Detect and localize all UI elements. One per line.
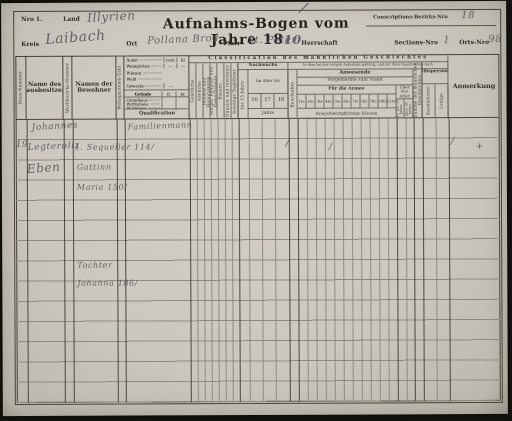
grid-line xyxy=(307,119,309,402)
weiber-sub-col: Verehelichte xyxy=(422,84,435,118)
plus-mark: + xyxy=(476,142,484,152)
land-label: Land xyxy=(63,16,80,23)
resident-name: Maria xyxy=(77,183,104,192)
ort-label: Ort xyxy=(126,41,137,48)
grid-line xyxy=(64,120,66,403)
sections-value-handwriting: 1 xyxy=(443,35,450,46)
land-row-label: Weingärten xyxy=(124,64,149,69)
tick-mark: ∕ xyxy=(124,183,127,192)
grid-line xyxy=(388,118,390,401)
summe-col: Summe des männlichen Geschlechtes xyxy=(413,62,422,118)
conscription-label: Conscriptions-Bezirks-Nro xyxy=(373,14,448,20)
handwriting-resident-3: Maria 150∕ xyxy=(77,183,128,192)
scanned-page: Nro 1. Land Illyrien Aufnahms-Bogen vom … xyxy=(0,0,512,421)
dotted-leader xyxy=(152,65,162,67)
pfarr-value-handwriting: St. Peter xyxy=(247,35,297,46)
dotted-leader xyxy=(138,78,161,80)
category-label: Häusler und Inwohner xyxy=(225,65,229,117)
werbbezirk-label: Werbbezirks-Nummer xyxy=(65,63,69,113)
grid-line xyxy=(397,118,399,401)
resident-number: 186 xyxy=(118,279,135,288)
land-row-joch: Joch xyxy=(163,57,176,62)
nachwuchs-left-col: bis 15 Jahre xyxy=(238,70,248,119)
grid-line xyxy=(449,118,451,401)
table-header: Haus-Nummer Name des Hausbesitzers Werbb… xyxy=(15,54,499,120)
herrschaft-label: Herrschaft xyxy=(301,40,337,47)
dotted-leader xyxy=(150,98,160,100)
col-header-owner: Name des Hausbesitzers xyxy=(26,56,63,120)
handwriting-owner-line3: Eben xyxy=(26,160,61,176)
land-row-label: Wald xyxy=(124,77,136,82)
summe-label: Summe des männlichen Geschlechtes xyxy=(413,62,421,118)
land-row-kl: — xyxy=(176,64,189,69)
besitz-money-table: Gründefl.kr. Grundhaus Wirthshaus Wohnha… xyxy=(124,89,189,108)
grid-line xyxy=(334,119,336,402)
dotted-leader xyxy=(143,71,161,73)
grid-line xyxy=(352,119,354,402)
armee-class-cell: 4te xyxy=(325,95,334,109)
grid-line xyxy=(197,119,199,402)
pfarr-label: Pfarr xyxy=(223,40,240,47)
money-fl-label: fl. xyxy=(161,91,175,96)
armee-header: Für die Armee xyxy=(297,85,396,94)
grid-line xyxy=(275,119,277,402)
grid-line xyxy=(361,119,363,402)
dotted-leader xyxy=(140,58,161,60)
grid-line xyxy=(316,119,318,402)
grid-line xyxy=(211,119,213,402)
land-value-handwriting: Illyrien xyxy=(87,8,136,25)
nachwuchs-age-cell: 17 xyxy=(262,94,275,109)
grid-line xyxy=(117,120,119,403)
alte-sub-label: über 50 Jahre xyxy=(405,99,412,118)
armee-class-cell: 5te xyxy=(334,95,343,109)
handwriting-resident-5: Johanna 186∕ xyxy=(77,279,138,288)
orts-label: Orts-Nro xyxy=(459,39,489,46)
nachwuchs-footer: Jahre xyxy=(249,109,289,119)
armee-class-cell: 3te xyxy=(316,95,325,109)
handwriting-owner-line2: Legteroliz xyxy=(28,141,81,153)
nachwuchs-age-cell: 16 xyxy=(249,94,262,109)
sheet-number: Nro 1. xyxy=(21,16,42,23)
col-header-house-number: Haus-Nummer xyxy=(15,56,26,120)
category-label: Geistliche xyxy=(190,80,194,103)
alte-header: Über das Alter xyxy=(396,85,413,99)
money-header-label: Gründe xyxy=(124,91,161,96)
land-row-label: Äcker xyxy=(124,57,138,62)
armee-class-cell: 1te xyxy=(298,95,307,109)
weiber-sub-label: Ledige xyxy=(439,93,443,109)
grid-line xyxy=(239,119,241,402)
tick-mark: ∕ xyxy=(329,142,333,153)
grid-line xyxy=(436,118,438,401)
handwriting-house-number: 19 xyxy=(16,140,29,150)
grid-line xyxy=(125,120,127,403)
land-row-kl: Kl. xyxy=(176,57,189,62)
grid-line xyxy=(289,119,291,402)
grid-line xyxy=(298,119,300,402)
wohnparteien-label: Wohnparteien-Zahl xyxy=(118,66,122,110)
col-header-werbbezirk: Werbbezirks-Nummer xyxy=(63,56,72,120)
dotted-leader xyxy=(150,102,159,104)
resident-name: 1. Sequeller xyxy=(75,143,131,152)
handwriting-resident-4: Tochter xyxy=(77,261,112,270)
paper-sheet: Nro 1. Land Illyrien Aufnahms-Bogen vom … xyxy=(1,1,508,416)
land-row-label: Wiesen xyxy=(124,70,141,75)
grid-line xyxy=(190,119,192,402)
weiber-header: Weibspersonen xyxy=(422,62,448,84)
armee-class-cell: 6te xyxy=(343,95,352,109)
grid-line xyxy=(204,119,206,402)
alte-sub-col: 41 bis 50 Jahre xyxy=(397,99,405,118)
qualification-footer: Qualification xyxy=(125,108,190,119)
armee-class-cell: 11te xyxy=(388,94,397,108)
grid-line xyxy=(218,119,220,402)
grid-line xyxy=(379,118,381,401)
grid-line xyxy=(73,120,75,403)
grid-line xyxy=(343,119,345,402)
alte-sub-label: 41 bis 50 Jahre xyxy=(397,99,404,118)
resident-number: 114 xyxy=(134,142,151,151)
col-header-bewohner: Namen der Bewohner xyxy=(72,56,116,120)
land-row-joch: — xyxy=(163,83,176,88)
tick-mark: ∕ xyxy=(151,142,154,151)
category-label: Adeliche xyxy=(197,81,201,101)
dotted-leader xyxy=(147,84,162,86)
resident-name: Johanna xyxy=(77,279,114,288)
resident-number: 150 xyxy=(107,183,124,192)
category-label: Sonstige Taglöhner xyxy=(232,69,236,114)
handwriting-resident-2: Gattinn xyxy=(77,163,112,172)
armee-class-cell: 7te xyxy=(352,95,361,109)
handwriting-resident-1: 1. Sequeller 114∕ xyxy=(75,142,155,151)
orts-value-handwriting: 98 xyxy=(488,34,502,45)
anmerkung-header: Anmerkung xyxy=(448,54,499,118)
land-row-label: Gewerbe xyxy=(124,83,144,88)
house-number-label: Haus-Nummer xyxy=(18,71,22,104)
grid-line xyxy=(232,119,234,402)
weiber-sub-col: Ledige xyxy=(435,84,448,118)
grid-line xyxy=(406,118,408,401)
nachwuchs-left-label: bis 15 Jahre xyxy=(241,81,245,109)
land-row-joch: — xyxy=(163,64,176,69)
kreis-label: Kreis xyxy=(21,41,39,48)
besitz-box: ÄckerJochKl. Weingärten—— Wiesen Wald Ge… xyxy=(124,55,189,119)
armee-class-cell: 2te xyxy=(307,95,316,109)
grid-line xyxy=(414,118,416,401)
beurlaubte-col: Beurlaubte xyxy=(288,70,297,119)
armee-class-cell: 9te xyxy=(370,94,379,108)
land-row: Gewerbe— xyxy=(124,82,189,89)
armee-class-cell: 8te xyxy=(361,94,370,108)
grid-line xyxy=(370,118,372,401)
nachwuchs-sub-header: Im Alter bis xyxy=(248,70,288,94)
grid-line xyxy=(423,118,425,401)
conscription-value-handwriting: 18 xyxy=(461,10,475,21)
tick-mark: ∕ xyxy=(135,279,138,288)
sections-label: Sections-Nro xyxy=(394,39,438,46)
weiber-sub-label: Verehelichte xyxy=(426,87,430,116)
alte-sub-col: über 50 Jahre xyxy=(405,99,414,118)
grid-line xyxy=(249,119,251,402)
grid-line xyxy=(262,119,264,402)
beurlaubte-label: Beurlaubte xyxy=(290,81,294,107)
grid-line xyxy=(325,119,327,402)
tick-mark: ∕ xyxy=(286,136,290,149)
tick-mark: ∕ xyxy=(451,136,455,147)
besitz-land-table: ÄckerJochKl. Weingärten—— Wiesen Wald Ge… xyxy=(124,56,189,89)
nachwuchs-age-cell: 18 xyxy=(275,94,289,109)
armee-class-cell: 10te xyxy=(379,94,388,108)
armee-classes-footer: Kriegsdienstpflichtige Klassen xyxy=(298,108,397,118)
col-header-wohnparteien: Wohnparteien-Zahl xyxy=(116,56,124,120)
money-kr-label: kr. xyxy=(175,91,189,96)
grid-line xyxy=(225,119,227,402)
category-label: Bauern xyxy=(218,83,222,100)
